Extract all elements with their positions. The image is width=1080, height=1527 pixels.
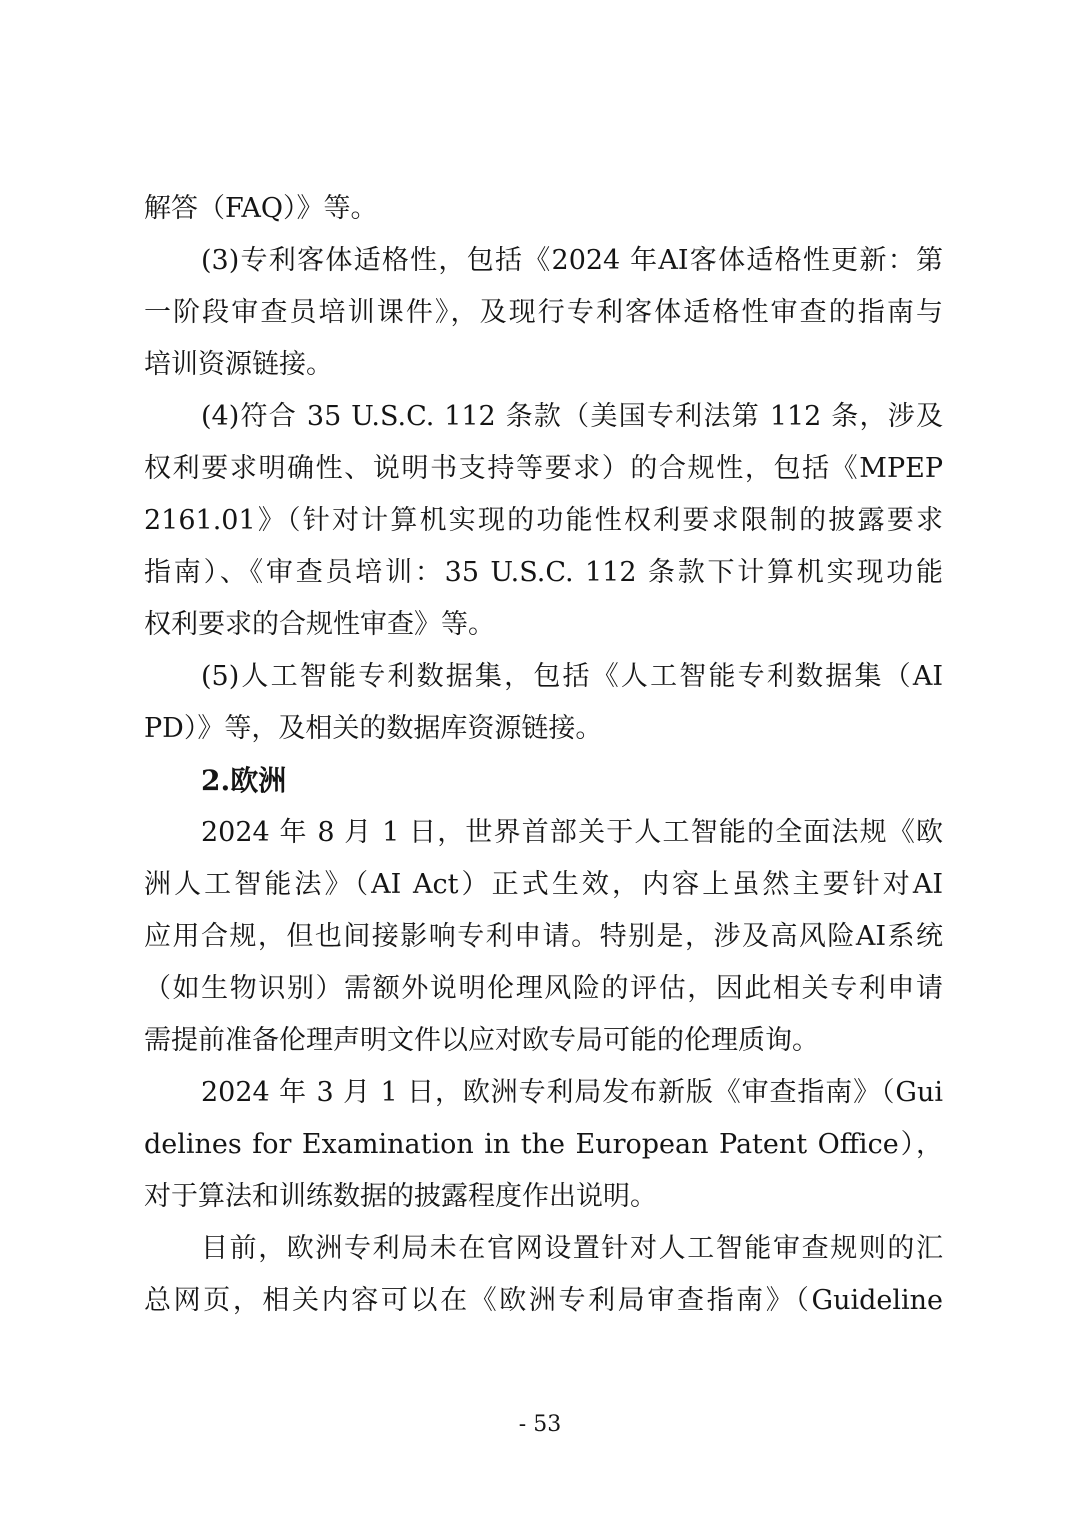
text-line: 2024 年 3 月 1 日，欧洲专利局发布新版《审查指南》（Gui <box>144 1067 943 1119</box>
text-line: 总网页，相关内容可以在《欧洲专利局审查指南》（Guideline <box>144 1275 943 1327</box>
text-line: (4)符合 35 U.S.C. 112 条款（美国专利法第 112 条，涉及 <box>144 391 943 443</box>
page-number: - 53 <box>519 1412 561 1437</box>
text-line: delines for Examination in the European … <box>144 1119 943 1171</box>
text-line: 应用合规，但也间接影响专利申请。特别是，涉及高风险AI系统 <box>144 911 943 963</box>
document-body: 解答（FAQ）》等。(3)专利客体适格性，包括《2024 年AI客体适格性更新：… <box>144 183 943 1327</box>
text-line: 目前，欧洲专利局未在官网设置针对人工智能审查规则的汇 <box>144 1223 943 1275</box>
text-line: 需提前准备伦理声明文件以应对欧专局可能的伦理质询。 <box>144 1015 943 1067</box>
text-line: (5)人工智能专利数据集，包括《人工智能专利数据集（AI <box>144 651 943 703</box>
text-line: 权利要求的合规性审查》等。 <box>144 599 943 651</box>
text-line: (3)专利客体适格性，包括《2024 年AI客体适格性更新：第 <box>144 235 943 287</box>
text-line: 培训资源链接。 <box>144 339 943 391</box>
text-line: 指南）、《审查员培训：35 U.S.C. 112 条款下计算机实现功能 <box>144 547 943 599</box>
text-line: 洲人工智能法》（AI Act）正式生效，内容上虽然主要针对AI <box>144 859 943 911</box>
text-line: 对于算法和训练数据的披露程度作出说明。 <box>144 1171 943 1223</box>
text-line: 2024 年 8 月 1 日，世界首部关于人工智能的全面法规《欧 <box>144 807 943 859</box>
text-line: 2161.01》（针对计算机实现的功能性权利要求限制的披露要求 <box>144 495 943 547</box>
page-footer: - 53 <box>0 1408 1080 1442</box>
document-page: 解答（FAQ）》等。(3)专利客体适格性，包括《2024 年AI客体适格性更新：… <box>0 0 1080 1527</box>
text-line: 权利要求明确性、说明书支持等要求）的合规性，包括《MPEP <box>144 443 943 495</box>
text-line: （如生物识别）需额外说明伦理风险的评估，因此相关专利申请 <box>144 963 943 1015</box>
text-line: 解答（FAQ）》等。 <box>144 183 943 235</box>
text-line: 一阶段审查员培训课件》，及现行专利客体适格性审查的指南与 <box>144 287 943 339</box>
section-heading: 2.欧洲 <box>144 755 943 807</box>
text-line: PD）》等，及相关的数据库资源链接。 <box>144 703 943 755</box>
